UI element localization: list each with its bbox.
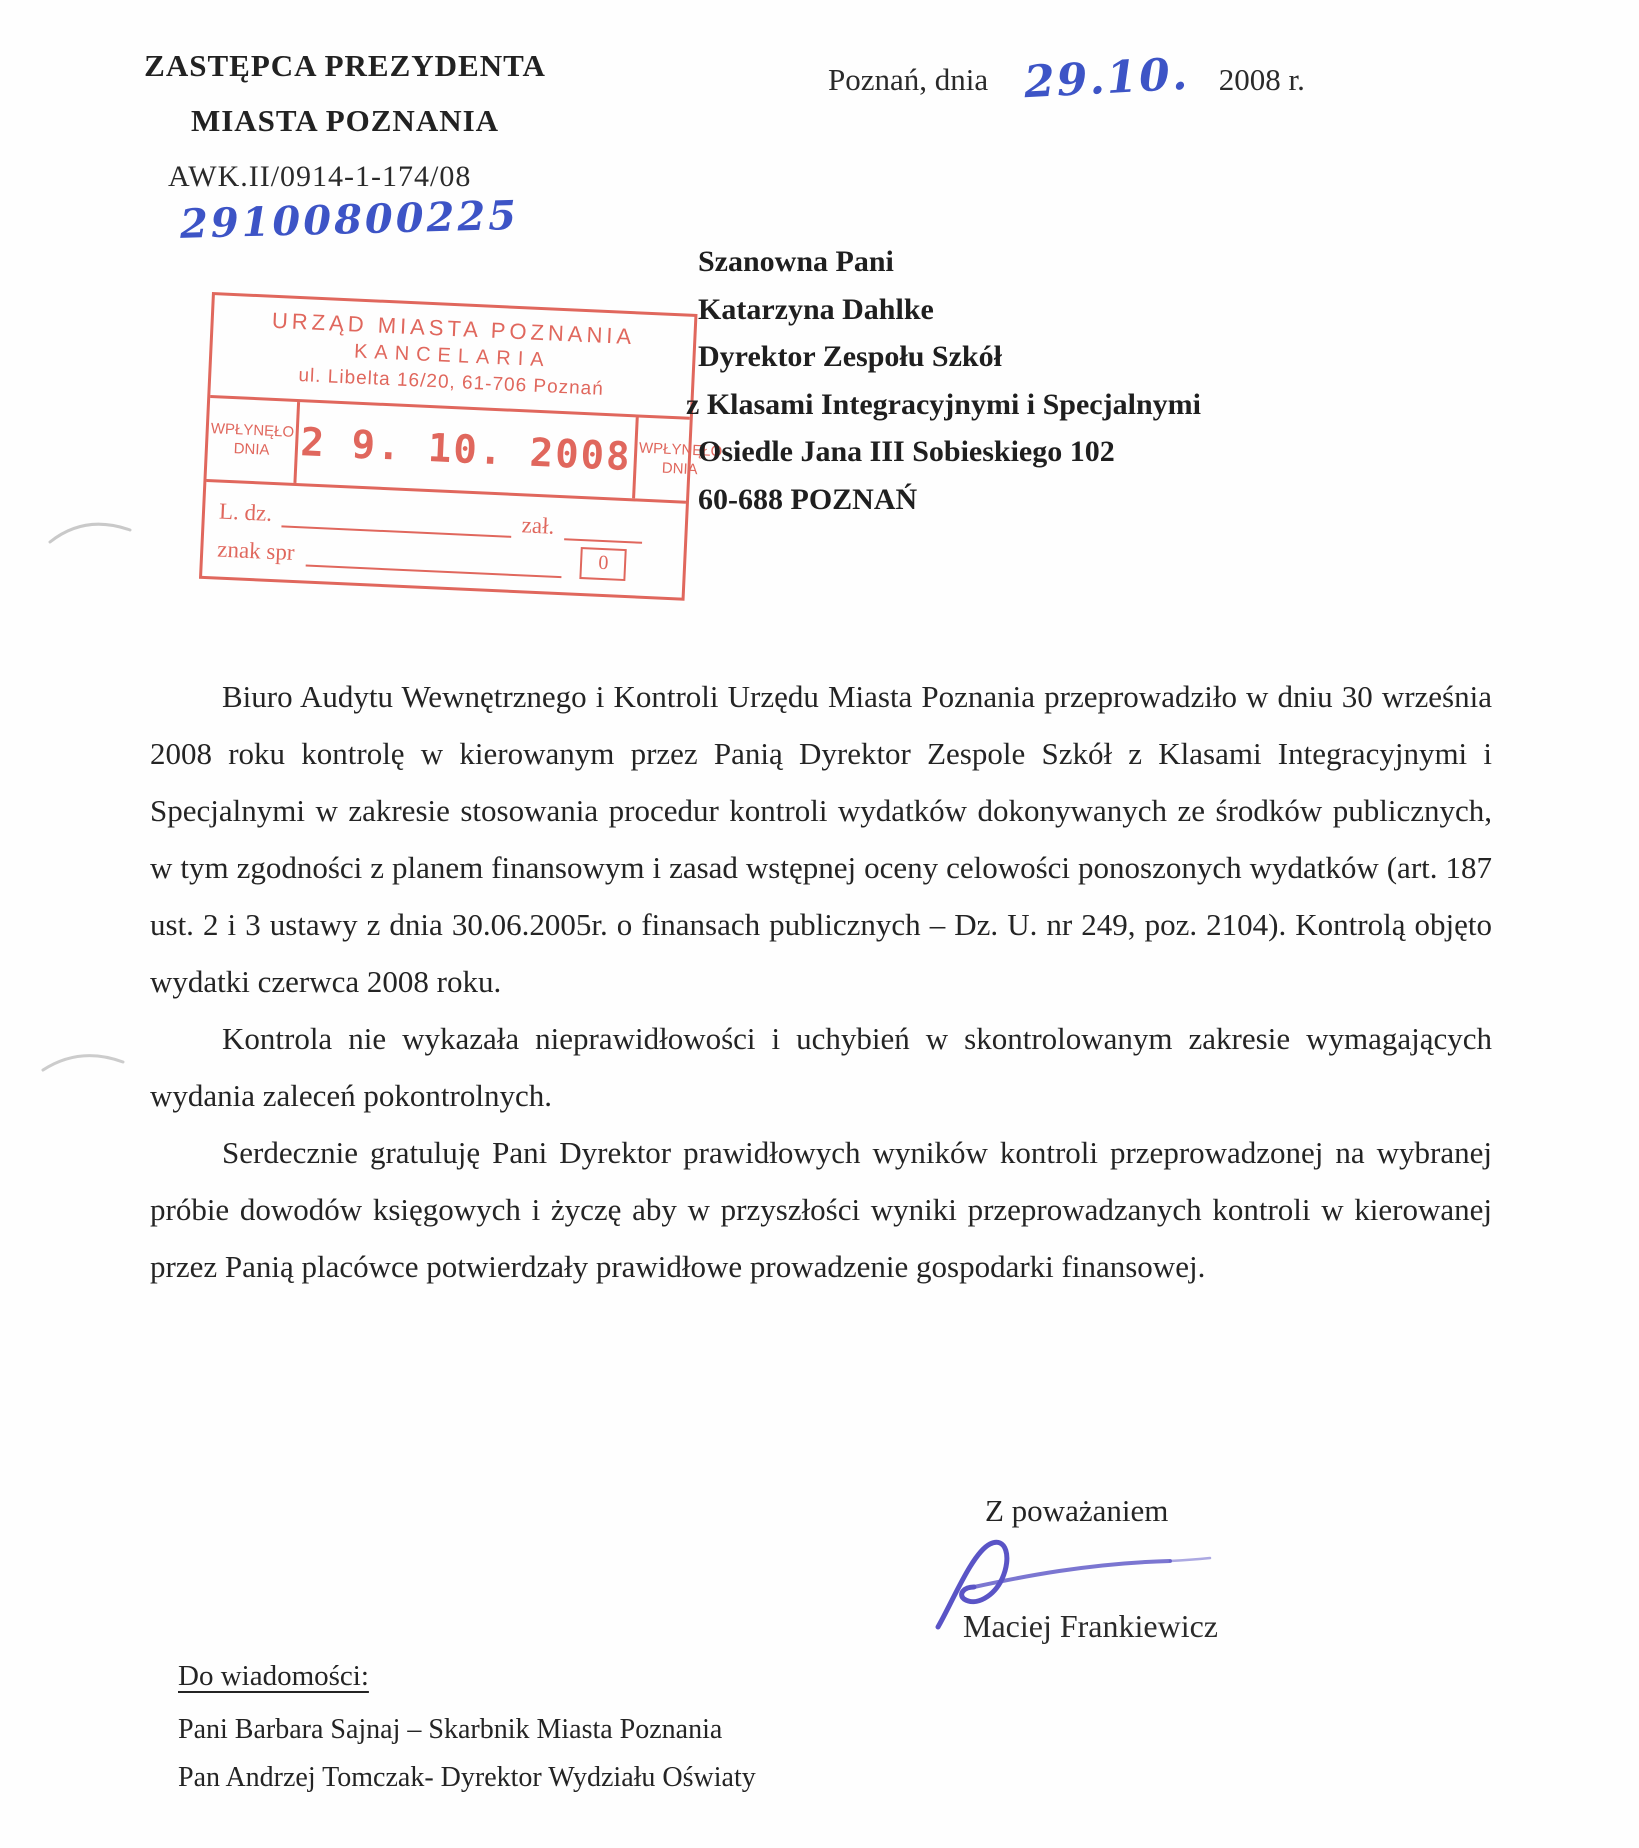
stamp-received-label-left: WPŁYNĘŁO DNIA bbox=[207, 398, 301, 483]
letterhead: ZASTĘPCA PREZYDENTA MIASTA POZNANIA AWK.… bbox=[135, 48, 555, 249]
recipient-city: 60-688 POZNAŃ bbox=[698, 484, 1201, 515]
handwritten-date: 29.10. bbox=[1023, 49, 1191, 109]
sender-title-line2: MIASTA POZNANIA bbox=[135, 103, 555, 139]
body-paragraph-3: Serdecznie gratuluję Pani Dyrektor prawi… bbox=[150, 1124, 1492, 1295]
stamp-znak-label: znak spr bbox=[217, 537, 295, 566]
place-date-line: Poznań, dnia 29.10. 2008 r. bbox=[828, 50, 1305, 101]
place-date-suffix: 2008 r. bbox=[1219, 62, 1305, 97]
recipient-title-line2: z Klasami Integracyjnymi i Specjalnymi bbox=[686, 389, 1201, 420]
letter-body: Biuro Audytu Wewnętrznego i Kontroli Urz… bbox=[150, 668, 1492, 1295]
registry-stamp: URZĄD MIASTA POZNANIA KANCELARIA ul. Lib… bbox=[199, 292, 698, 601]
cc-section: Do wiadomości: Pani Barbara Sajnaj – Ska… bbox=[178, 1660, 756, 1811]
body-paragraph-2: Kontrola nie wykazała nieprawidłowości i… bbox=[150, 1010, 1492, 1124]
cc-label: Do wiadomości: bbox=[178, 1660, 756, 1693]
recipient-street: Osiedle Jana III Sobieskiego 102 bbox=[698, 436, 1201, 467]
stamp-zal-blank-line bbox=[564, 518, 643, 544]
scan-artifact-mark bbox=[38, 1042, 128, 1082]
scanned-letter-page: ZASTĘPCA PREZYDENTA MIASTA POZNANIA AWK.… bbox=[0, 0, 1639, 1848]
body-paragraph-1: Biuro Audytu Wewnętrznego i Kontroli Urz… bbox=[150, 668, 1492, 1010]
recipient-salutation: Szanowna Pani bbox=[698, 246, 1201, 277]
stamp-znak-blank-line bbox=[306, 545, 563, 579]
scan-artifact-mark bbox=[45, 512, 135, 552]
signer-name: Maciej Frankiewicz bbox=[963, 1608, 1218, 1645]
cc-line-2: Pan Andrzej Tomczak- Dyrektor Wydziału O… bbox=[178, 1763, 756, 1793]
stamp-attachment-box: 0 bbox=[580, 547, 627, 581]
stamp-ldz-label: L. dz. bbox=[218, 499, 272, 527]
stamp-zal-label: zał. bbox=[521, 512, 555, 539]
recipient-block: Szanowna Pani Katarzyna Dahlke Dyrektor … bbox=[698, 246, 1201, 531]
recipient-name: Katarzyna Dahlke bbox=[698, 294, 1201, 325]
stamp-ldz-blank-line bbox=[281, 505, 512, 537]
place-date-prefix: Poznań, dnia bbox=[828, 62, 988, 97]
recipient-title-line1: Dyrektor Zespołu Szkół bbox=[698, 341, 1201, 372]
valediction: Z poważaniem bbox=[985, 1493, 1168, 1529]
stamp-received-date: 2 9. 10. 2008 bbox=[297, 402, 636, 498]
reference-number: AWK.II/0914-1-174/08 bbox=[135, 160, 555, 194]
handwritten-registry-number: 29100800225 bbox=[134, 191, 555, 249]
sender-title-line1: ZASTĘPCA PREZYDENTA bbox=[135, 48, 555, 84]
cc-line-1: Pani Barbara Sajnaj – Skarbnik Miasta Po… bbox=[178, 1715, 756, 1745]
